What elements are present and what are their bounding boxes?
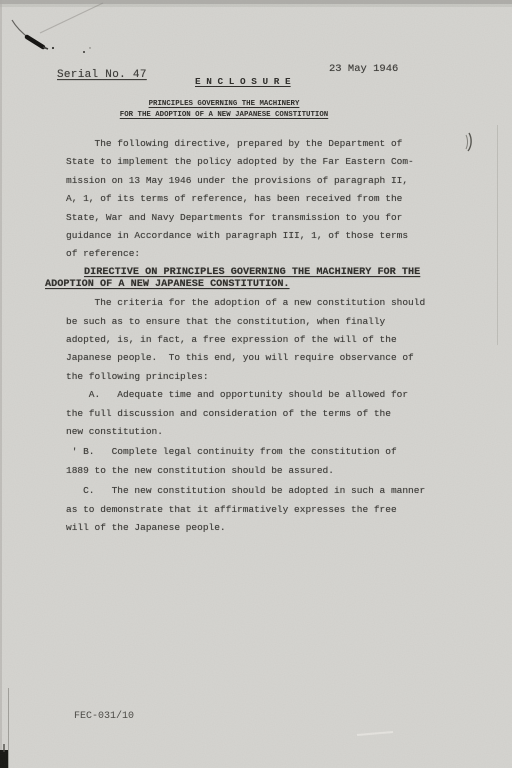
enclosure-heading: E N C L O S U R E <box>195 76 291 87</box>
typed-line: of reference: <box>66 248 425 266</box>
typed-line: adopted, is, in fact, a free expression … <box>66 334 425 352</box>
typed-line: the following principles: <box>66 371 425 389</box>
typed-line: Japanese people. To this end, you will r… <box>66 352 425 370</box>
document-number: FEC-031/10 <box>74 711 134 722</box>
typed-line: mission on 13 May 1946 under the provisi… <box>66 175 425 193</box>
item-a-line: A. Adequate time and opportunity should … <box>66 389 425 407</box>
typed-line: A, 1, of its terms of reference, has bee… <box>66 193 425 211</box>
item-b-line: ' B. Complete legal continuity from the … <box>66 446 425 464</box>
item-b-line: 1889 to the new constitution should be a… <box>66 465 425 483</box>
item-c-line: as to demonstrate that it affirmatively … <box>66 504 425 522</box>
directive-heading-line-2: ADOPTION OF A NEW JAPANESE CONSTITUTION. <box>45 279 425 297</box>
typed-text-layer: Serial No. 47 23 May 1946 E N C L O S U … <box>0 0 512 768</box>
item-a-line: the full discussion and consideration of… <box>66 408 425 426</box>
directive-heading-line-1: DIRECTIVE ON PRINCIPLES GOVERNING THE MA… <box>84 267 425 279</box>
document-body: The following directive, prepared by the… <box>66 138 425 540</box>
item-c-line: will of the Japanese people. <box>66 522 425 540</box>
serial-number: Serial No. 47 <box>57 69 147 81</box>
item-a-line: new constitution. <box>66 426 425 444</box>
typed-line: be such as to ensure that the constituti… <box>66 316 425 334</box>
typed-line: The following directive, prepared by the… <box>66 138 425 156</box>
item-c-line: C. The new constitution should be adopte… <box>66 485 425 503</box>
typed-line: State, War and Navy Departments for tran… <box>66 212 425 230</box>
document-page: Serial No. 47 23 May 1946 E N C L O S U … <box>0 0 512 768</box>
typed-line: The criteria for the adoption of a new c… <box>66 297 425 315</box>
typed-line: guidance in Accordance with paragraph II… <box>66 230 425 248</box>
document-title: PRINCIPLES GOVERNING THE MACHINERY FOR T… <box>100 99 348 121</box>
document-title-line-1: PRINCIPLES GOVERNING THE MACHINERY <box>100 99 348 110</box>
document-date: 23 May 1946 <box>329 63 398 75</box>
document-title-line-2: FOR THE ADOPTION OF A NEW JAPANESE CONST… <box>100 110 348 121</box>
typed-line: State to implement the policy adopted by… <box>66 156 425 174</box>
